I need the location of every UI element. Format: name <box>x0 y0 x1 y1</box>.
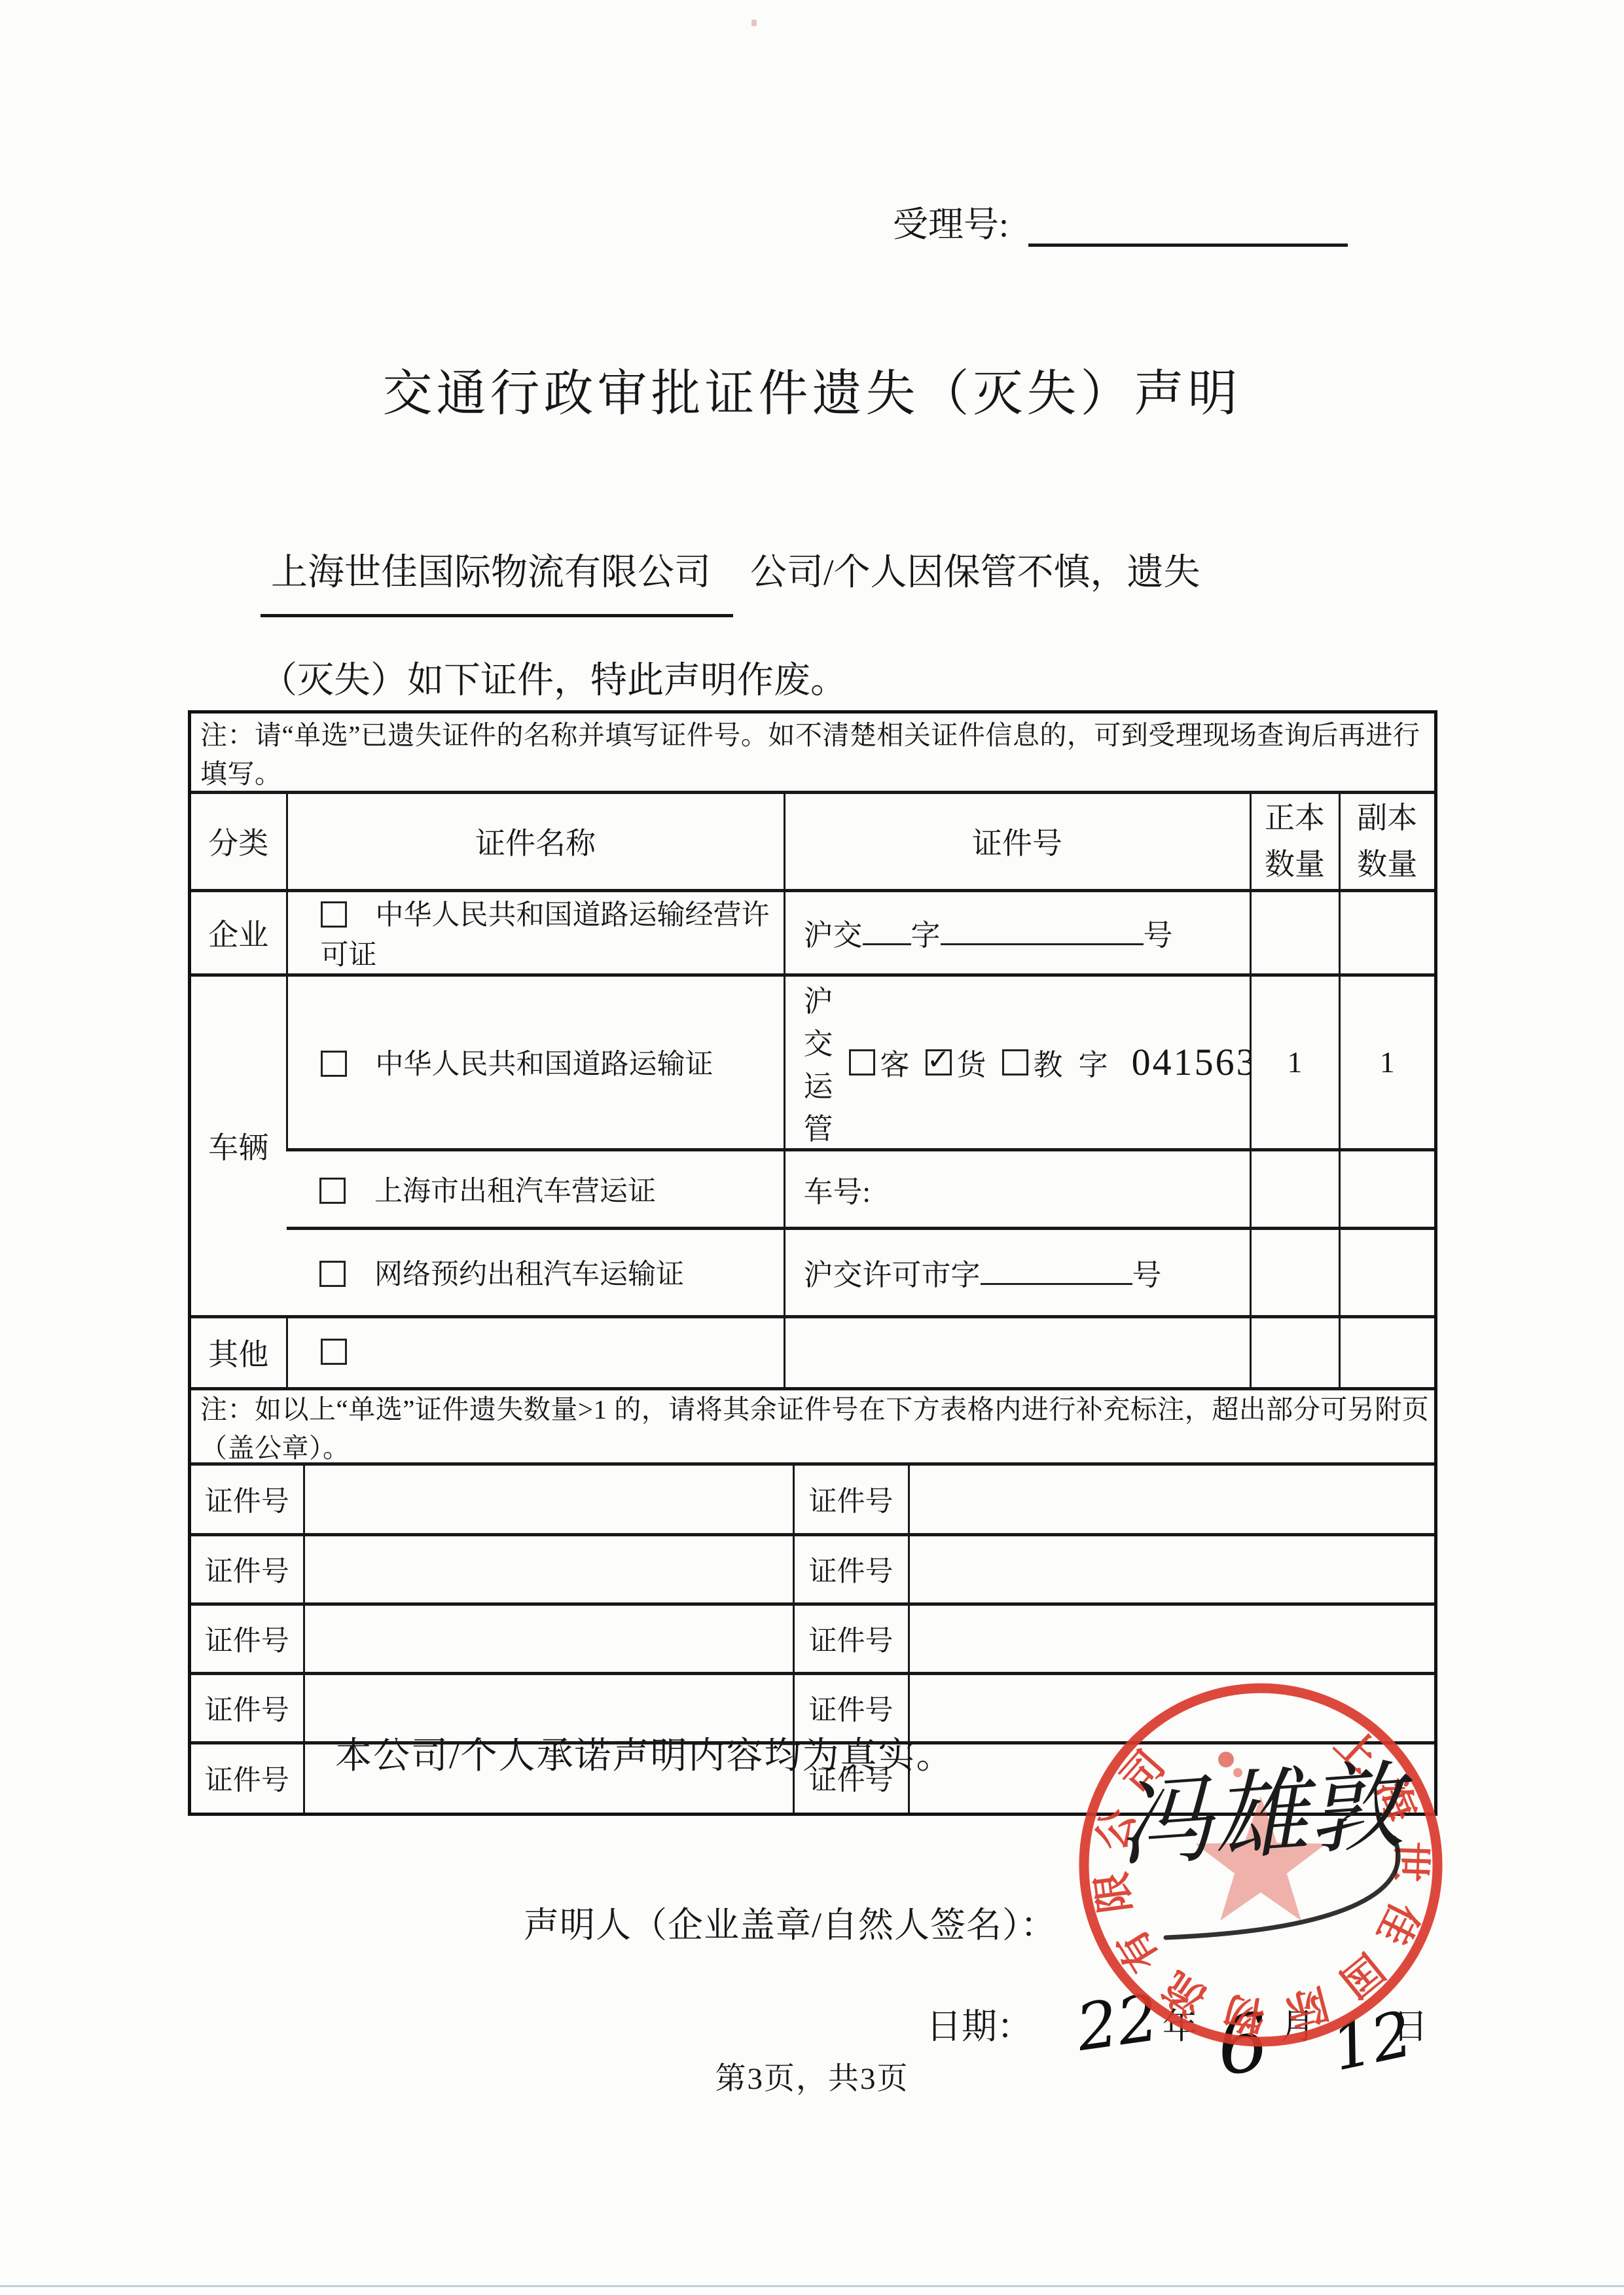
checkbox-icon <box>1002 1049 1028 1075</box>
handwritten-signature: 冯雄敦 <box>1113 1753 1418 1879</box>
table-row-other: 其他 <box>191 1316 1434 1388</box>
table-note-2: 注：如以上“单选”证件遗失数量>1 的，请将其余证件号在下方表格内进行补充标注，… <box>191 1390 1434 1466</box>
supplement-blank-cell <box>909 1604 1434 1674</box>
header-cert-name: 证件名称 <box>287 793 784 891</box>
original-count-cell <box>1250 1149 1339 1228</box>
category-vehicle: 车辆 <box>191 975 287 1316</box>
date-label: 日期： <box>926 1998 1032 2055</box>
blank-underline <box>863 914 911 945</box>
duplicate-count-cell <box>1339 1149 1434 1228</box>
intro-paragraph: 上海世佳国际物流有限公司 公司/个人因保管不慎，遗失 （灭失）如下证件，特此声明… <box>261 537 1386 717</box>
option-passenger: 客 <box>849 1041 910 1083</box>
cert-name-online-taxi: 网络预约出租汽车运输证 <box>374 1259 684 1290</box>
supplement-row: 证件号 证件号 <box>191 1466 1434 1535</box>
duplicate-count-value: 1 <box>1339 975 1434 1149</box>
cert-no-suffix: 号 <box>1144 919 1173 952</box>
intro-line-1-text: 公司/个人因保管不慎，遗失 <box>750 537 1200 609</box>
category-enterprise: 企业 <box>191 890 287 975</box>
table-row-road-transport-cert: 车辆 中华人民共和国道路运输证 沪交运管 客 ✓货 教 字 041563 1 1 <box>191 975 1434 1149</box>
page-number: 第3页，共3页 <box>0 2054 1624 2098</box>
option-training: 教 <box>1002 1041 1063 1083</box>
supplement-blank-cell <box>304 1466 793 1535</box>
cert-no-mid: 字 <box>1079 1041 1108 1083</box>
truth-declaration: 本公司/个人承诺声明内容均为真实。 <box>335 1727 954 1779</box>
cert-no-other <box>784 1316 1250 1388</box>
blank-underline <box>941 914 1144 945</box>
header-cert-number: 证件号 <box>784 793 1250 891</box>
supplement-label: 证件号 <box>191 1674 304 1743</box>
table-header-row: 分类 证件名称 证件号 正本 数量 副本 数量 <box>191 793 1434 891</box>
scan-bottom-strip <box>0 2287 1624 2295</box>
acceptance-number-blank-line <box>1028 203 1348 247</box>
category-other: 其他 <box>191 1316 287 1388</box>
duplicate-count-cell <box>1339 1228 1434 1316</box>
table-row-taxi-cert: 上海市出租汽车营运证 车号: <box>191 1149 1434 1228</box>
checkbox-icon <box>849 1049 875 1075</box>
checkbox-icon <box>319 1178 346 1204</box>
cert-no-online-taxi: 沪交许可市字号 <box>784 1228 1250 1316</box>
option-freight: ✓货 <box>926 1041 986 1083</box>
table-row-online-taxi-cert: 网络预约出租汽车运输证 沪交许可市字号 <box>191 1228 1434 1316</box>
cert-no-taxi: 车号: <box>784 1149 1250 1228</box>
scan-speck <box>751 20 757 26</box>
table-note-1: 注：请“单选”已遗失证件的名称并填写证件号。如不清楚相关证件信息的，可到受理现场… <box>191 714 1434 793</box>
supplement-label: 证件号 <box>191 1604 304 1674</box>
checkbox-icon <box>321 901 347 928</box>
supplement-blank-cell <box>909 1535 1434 1604</box>
original-count-value: 1 <box>1250 975 1339 1149</box>
certificates-table: 注：请“单选”已遗失证件的名称并填写证件号。如不清楚相关证件信息的，可到受理现场… <box>188 710 1437 1816</box>
checkbox-icon <box>321 1339 347 1365</box>
original-count-cell <box>1250 890 1339 975</box>
header-category: 分类 <box>191 793 287 891</box>
header-original-count: 正本 数量 <box>1250 793 1339 891</box>
checkbox-icon <box>321 1051 347 1077</box>
supplement-label: 证件号 <box>191 1535 304 1604</box>
cert-name-taxi: 上海市出租汽车营运证 <box>374 1176 656 1207</box>
cert-name-road-transport-license: 中华人民共和国道路运输经营许可证 <box>321 900 770 971</box>
cert-no-suffix: 号 <box>1132 1259 1162 1292</box>
signer-label: 声明人（企业盖章/自然人签名）： <box>524 1897 1056 1947</box>
company-name: 上海世佳国际物流有限公司 <box>261 537 733 617</box>
header-duplicate-count: 副本 数量 <box>1339 793 1434 891</box>
blank-underline <box>981 1254 1132 1285</box>
intro-line-1: 上海世佳国际物流有限公司 公司/个人因保管不慎，遗失 <box>261 537 1386 617</box>
supplement-label: 证件号 <box>793 1535 909 1604</box>
cert-number-value: 041563 <box>1132 1040 1250 1084</box>
original-count-cell <box>1250 1228 1339 1316</box>
supplement-row: 证件号 证件号 <box>191 1535 1434 1604</box>
supplement-label: 证件号 <box>793 1466 909 1535</box>
acceptance-number-row: 受理号: <box>893 196 1348 247</box>
supplement-blank-cell <box>304 1604 793 1674</box>
supplement-blank-cell <box>304 1535 793 1604</box>
scanned-document-page: 受理号: 交通行政审批证件遗失（灭失）声明 上海世佳国际物流有限公司 公司/个人… <box>0 0 1624 2295</box>
original-count-cell <box>1250 1316 1339 1388</box>
supplement-blank-cell <box>909 1466 1434 1535</box>
cert-no-prefix: 沪交许可市字 <box>804 1259 981 1292</box>
duplicate-count-cell <box>1339 1316 1434 1388</box>
stamp-svg: 上海世佳国际物流有限公司 冯雄敦 <box>1069 1673 1453 2057</box>
cert-no-prefix: 沪交 <box>804 919 863 952</box>
supplement-label: 证件号 <box>191 1743 304 1813</box>
supplement-row: 证件号 证件号 <box>191 1604 1434 1674</box>
cert-no-mid: 字 <box>911 919 941 952</box>
document-title: 交通行政审批证件遗失（灭失）声明 <box>0 353 1624 425</box>
intro-line-2: （灭失）如下证件，特此声明作废。 <box>261 645 1386 717</box>
cert-no-prefix: 沪交运管 <box>804 977 833 1147</box>
cert-no-enterprise: 沪交字号 <box>784 890 1250 975</box>
cert-name-road-transport-cert: 中华人民共和国道路运输证 <box>376 1049 713 1080</box>
table-row-enterprise: 企业 中华人民共和国道路运输经营许可证 沪交字号 <box>191 890 1434 975</box>
checkbox-icon <box>319 1261 346 1287</box>
supplement-label: 证件号 <box>793 1604 909 1674</box>
company-seal-stamp: 上海世佳国际物流有限公司 冯雄敦 <box>1069 1673 1453 2057</box>
cert-no-road-transport: 沪交运管 客 ✓货 教 字 041563 <box>804 977 1249 1147</box>
supplement-label: 证件号 <box>191 1466 304 1535</box>
certificates-main-table: 注：请“单选”已遗失证件的名称并填写证件号。如不清楚相关证件信息的，可到受理现场… <box>191 714 1434 1390</box>
duplicate-count-cell <box>1339 890 1434 975</box>
acceptance-number-label: 受理号: <box>893 196 1009 247</box>
checkbox-checked-icon: ✓ <box>926 1049 952 1075</box>
